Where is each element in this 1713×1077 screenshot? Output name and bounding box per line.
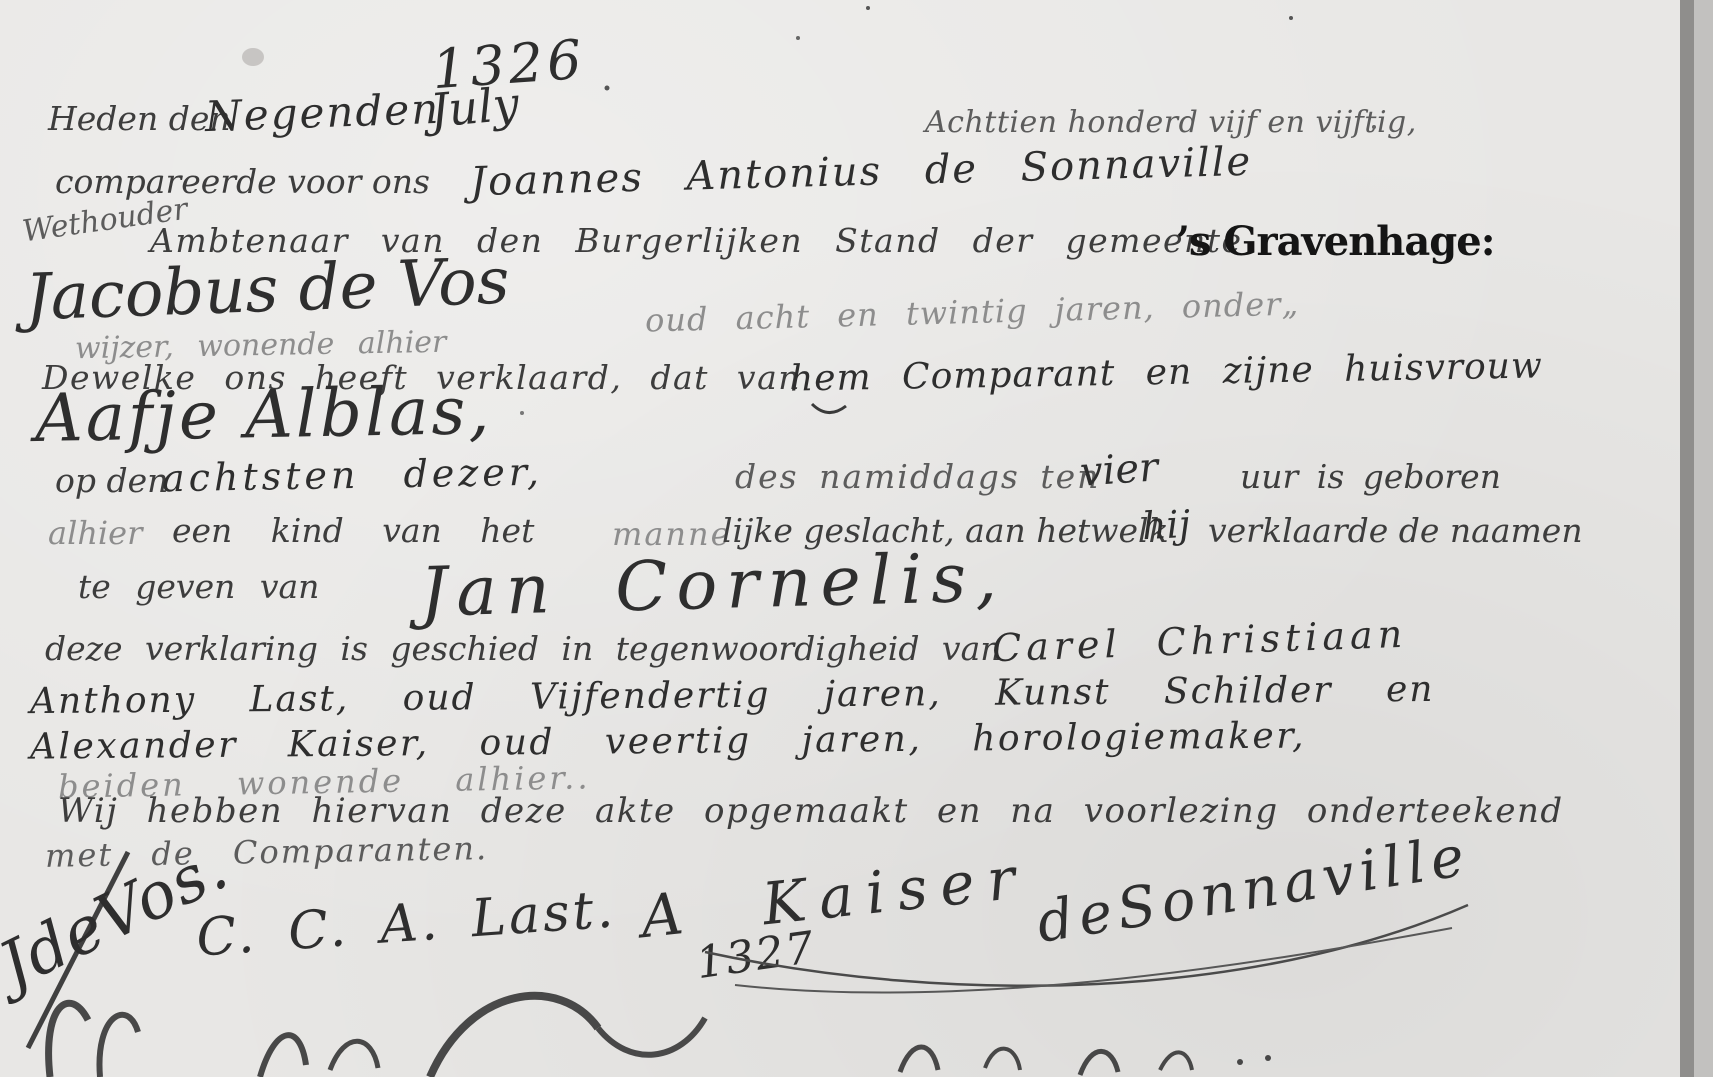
ink-speck	[796, 36, 800, 40]
child-declared: verklaarde de naamen	[1208, 514, 1583, 547]
signature-last: C. C. A. Last.	[195, 883, 618, 964]
father-age: oud acht en twintig jaren, onder„	[645, 287, 1300, 336]
father-name: Jacobus de Vos	[24, 250, 510, 331]
child-to-give: te geven van	[78, 570, 319, 603]
registrar-prefix: compareerde voor ons	[55, 165, 430, 198]
scan-edge	[1694, 0, 1713, 1077]
birth-on-the: op den	[55, 464, 168, 497]
witness2-details: Alexander Kaiser, oud veertig jaren, hor…	[30, 718, 1306, 765]
date-month: July	[428, 80, 520, 134]
declaration-handwritten: hem Comparant en zijne huisvrouw	[790, 348, 1543, 397]
child-here: alhier	[48, 517, 142, 549]
ink-speck	[1289, 16, 1293, 20]
date-prefix: Heden den	[48, 102, 231, 135]
mother-name: Aafje Alblas,	[34, 378, 492, 452]
signature-kaiser: A Kaiser	[638, 848, 1031, 946]
signature-sonnaville: deSonnaville	[1033, 828, 1473, 952]
page-edge-band	[1680, 0, 1694, 1077]
closing-line2: met de Comparanten.	[45, 832, 489, 872]
birth-born: uur is geboren	[1240, 460, 1501, 493]
birth-afternoon: des namiddags ten	[735, 460, 1100, 493]
witnesses-intro: deze verklaring is geschied in tegenwoor…	[45, 632, 1002, 665]
cutoff-next-act-strokes	[49, 996, 1271, 1077]
child-name: Jan Cornelis,	[419, 544, 1006, 627]
next-act-number: 1327	[694, 926, 819, 986]
ink-speck	[866, 6, 870, 10]
witness1-name-part: Carel Christiaan	[991, 615, 1407, 667]
paper-smudge	[242, 48, 264, 66]
closing-line1: Wij hebben hiervan deze akte opgemaakt e…	[58, 794, 1564, 828]
municipality-name: ’s Gravenhage:	[1176, 222, 1494, 262]
ink-speck	[605, 86, 610, 91]
child-a-child: een kind van het	[172, 514, 534, 547]
breve-mark	[812, 404, 846, 413]
child-he: hij	[1141, 505, 1191, 545]
witness1-details: Anthony Last, oud Vijfendertig jaren, Ku…	[30, 672, 1435, 720]
document-page: 1326 Heden den Negenden July Achttien ho…	[0, 0, 1713, 1077]
birth-hour: vier	[1079, 447, 1160, 492]
birth-day: achtsten dezer,	[162, 453, 543, 498]
registrar-name: Joannes Antonius de Sonnaville	[470, 142, 1253, 202]
ink-speck	[520, 411, 524, 415]
year-text: Achttien honderd vijf en vijftig,	[925, 108, 1417, 138]
date-day: Negenden	[204, 88, 441, 138]
